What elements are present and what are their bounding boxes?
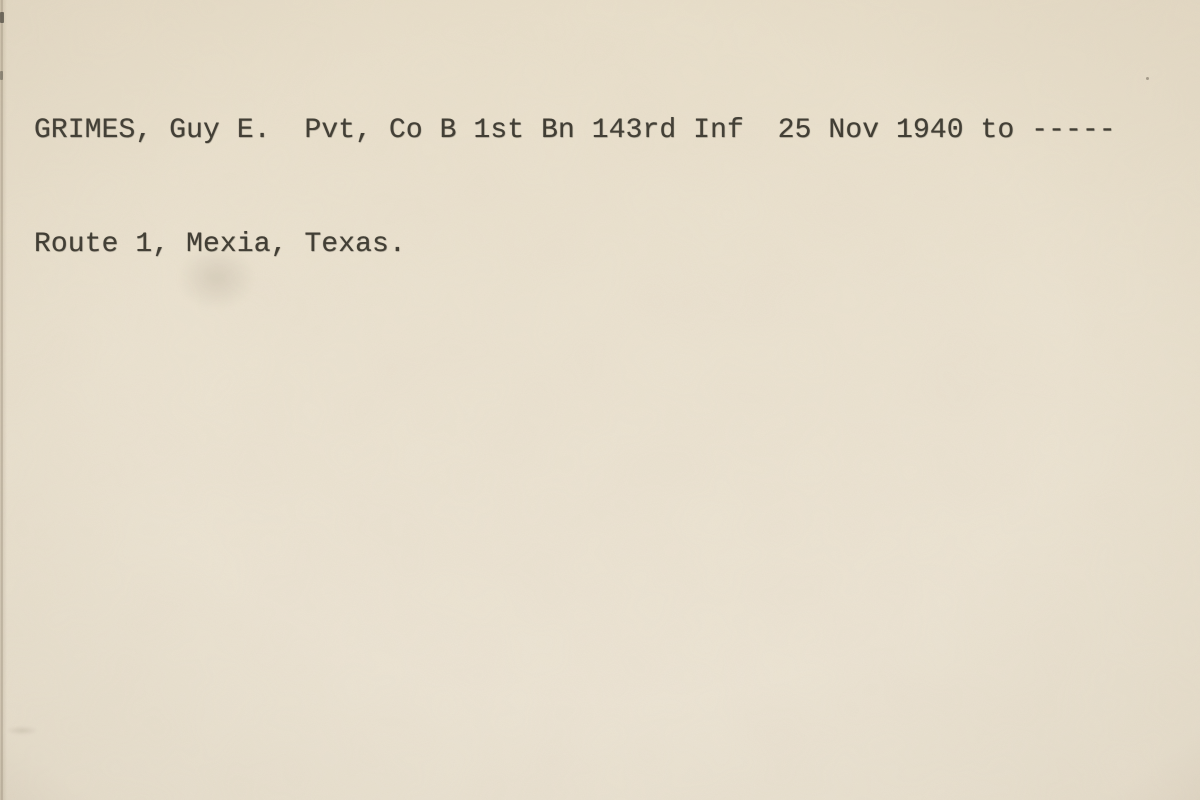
paper-faint-mark (6, 726, 38, 735)
edge-ink-mark (0, 71, 3, 80)
typewritten-text-block: GRIMES, Guy E. Pvt, Co B 1st Bn 143rd In… (34, 36, 1116, 340)
scan-left-edge-line (1, 0, 3, 800)
index-card-scan: GRIMES, Guy E. Pvt, Co B 1st Bn 143rd In… (0, 0, 1200, 800)
edge-ink-mark (0, 12, 4, 23)
paper-speck (1146, 77, 1149, 80)
typewritten-line-2: Route 1, Mexia, Texas. (34, 226, 1116, 264)
scan-left-edge-shadow (0, 0, 7, 800)
typewritten-line-1: GRIMES, Guy E. Pvt, Co B 1st Bn 143rd In… (34, 112, 1116, 150)
